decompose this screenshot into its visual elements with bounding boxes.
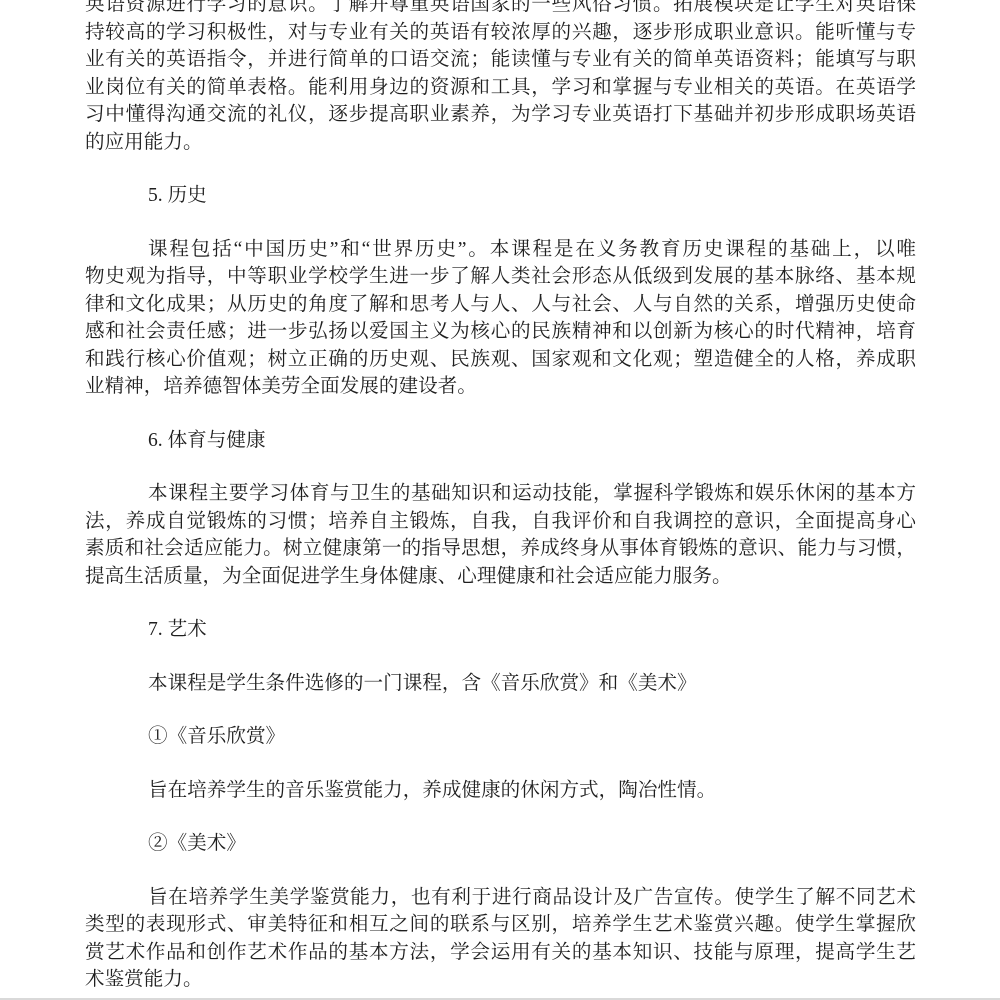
text-line: 业有关的英语指令，并进行简单的口语交流；能读懂与专业有关的简单英语资料；能填写与… [85,46,916,74]
text-line: 物史观为指导，中等职业学校学生进一步了解人类社会形态从低级到发展的基本脉络、基本… [85,263,916,291]
text-line: 业精神，培养德智体美劳全面发展的建设者。 [85,373,916,401]
text-line: 感和社会责任感；进一步弘扬以爱国主义为核心的民族精神和以创新为核心的时代精神，培… [85,318,916,346]
heading-pe-health: 6. 体育与健康 [85,427,916,455]
text-line: 习中懂得沟通交流的礼仪，逐步提高职业素养，为学习专业英语打下基础并初步形成职场英… [85,101,916,129]
text-line: 本课程是学生条件选修的一门课程，含《音乐欣赏》和《美术》 [85,670,916,698]
paragraph-fine-art: 旨在培养学生美学鉴赏能力，也有利于进行商品设计及广告宣传。使学生了解不同艺术类型… [85,884,916,994]
subheading-fine-art: ②《美术》 [85,830,916,858]
text-line: 术鉴赏能力。 [85,966,916,994]
text-line: 英语资源进行学习的意识。了解并尊重英语国家的一些风俗习惯。拓展模块是让学生对英语… [85,0,916,19]
text-line: 素质和社会适应能力。树立健康第一的指导思想，养成终身从事体育锻炼的意识、能力与习… [85,535,916,563]
text-line: 本课程主要学习体育与卫生的基础知识和运动技能，掌握科学锻炼和娱乐休闲的基本方 [85,480,916,508]
text-line: 法，养成自觉锻炼的习惯；培养自主锻炼，自我，自我评价和自我调控的意识，全面提高身… [85,508,916,536]
text-line: ①《音乐欣赏》 [85,723,916,751]
text-line: 和践行核心价值观；树立正确的历史观、民族观、国家观和文化观；塑造健全的人格，养成… [85,346,916,374]
subheading-music-appreciation: ①《音乐欣赏》 [85,723,916,751]
text-line: 旨在培养学生美学鉴赏能力，也有利于进行商品设计及广告宣传。使学生了解不同艺术 [85,884,916,912]
document-page: 英语资源进行学习的意识。了解并尊重英语国家的一些风俗习惯。拓展模块是让学生对英语… [0,0,916,994]
paragraph-english-course-continued: 英语资源进行学习的意识。了解并尊重英语国家的一些风俗习惯。拓展模块是让学生对英语… [85,0,916,156]
paragraph-music-appreciation: 旨在培养学生的音乐鉴赏能力，养成健康的休闲方式，陶冶性情。 [85,777,916,805]
text-line: 提高生活质量，为全面促进学生身体健康、心理健康和社会适应能力服务。 [85,563,916,591]
heading-art: 7. 艺术 [85,616,916,644]
text-line: 律和文化成果；从历史的角度了解和思考人与人、人与社会、人与自然的关系，增强历史使… [85,291,916,319]
text-line: 的应用能力。 [85,129,916,157]
text-line: 赏艺术作品和创作艺术作品的基本方法，学会运用有关的基本知识、技能与原理，提高学生… [85,939,916,967]
text-line: 业岗位有关的简单表格。能利用身边的资源和工具，学习和掌握与专业相关的英语。在英语… [85,74,916,102]
text-line: 持较高的学习积极性，对与专业有关的英语有较浓厚的兴趣，逐步形成职业意识。能听懂与… [85,19,916,47]
paragraph-history-course: 课程包括“中国历史”和“世界历史”。本课程是在义务教育历史课程的基础上，以唯物史… [85,236,916,401]
text-line: 5. 历史 [85,182,916,210]
text-line: 6. 体育与健康 [85,427,916,455]
heading-history: 5. 历史 [85,182,916,210]
text-line: 类型的表现形式、审美特征和相互之间的联系与区别，培养学生艺术鉴赏兴趣。使学生掌握… [85,911,916,939]
paragraph-pe-health-course: 本课程主要学习体育与卫生的基础知识和运动技能，掌握科学锻炼和娱乐休闲的基本方法，… [85,480,916,590]
text-line: 旨在培养学生的音乐鉴赏能力，养成健康的休闲方式，陶冶性情。 [85,777,916,805]
text-line: 7. 艺术 [85,616,916,644]
paragraph-art-intro: 本课程是学生条件选修的一门课程，含《音乐欣赏》和《美术》 [85,670,916,698]
text-line: 课程包括“中国历史”和“世界历史”。本课程是在义务教育历史课程的基础上，以唯 [85,236,916,264]
text-line: ②《美术》 [85,830,916,858]
